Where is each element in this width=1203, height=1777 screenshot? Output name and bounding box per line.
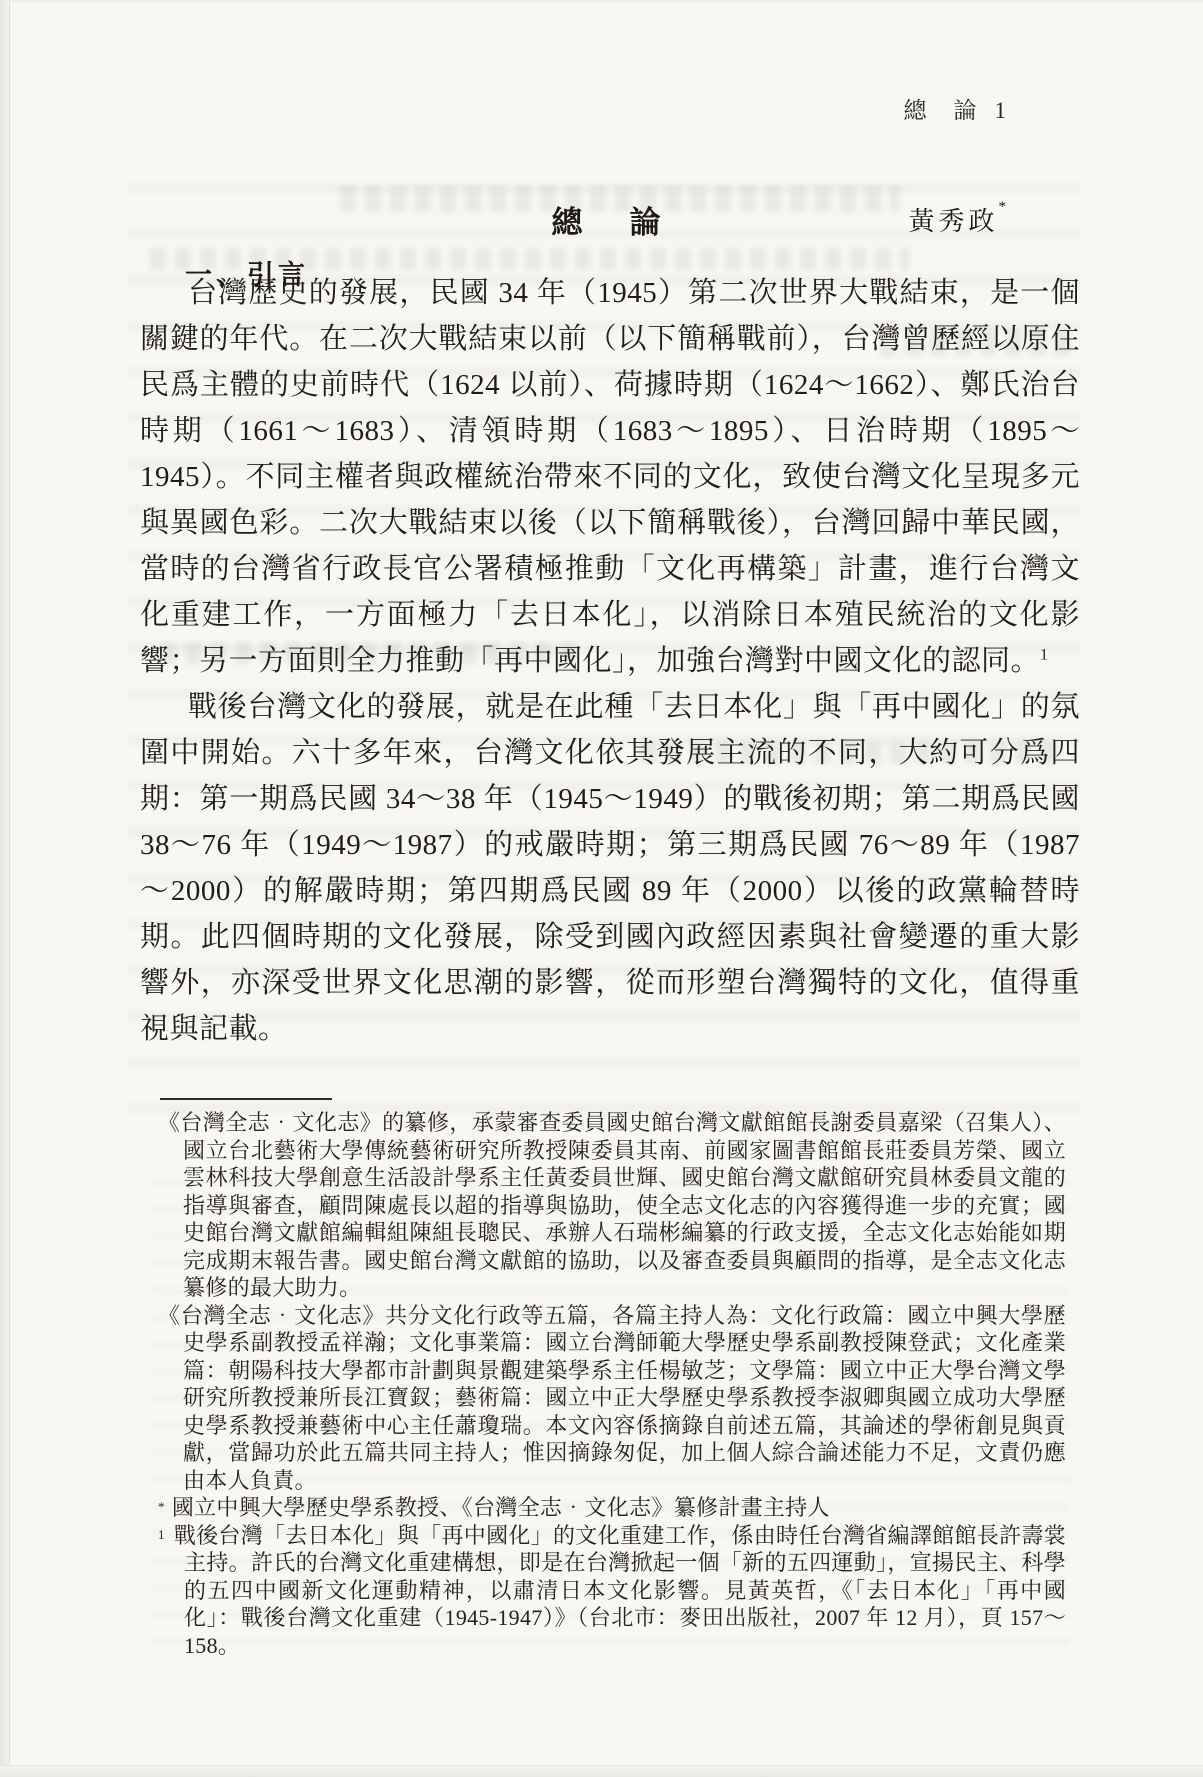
footnote-acknowledgment: 《台灣全志‧文化志》的纂修，承蒙審查委員國史館台灣文獻館館長謝委員嘉梁（召集人）… — [158, 1109, 1066, 1302]
author-note-marker: * — [999, 199, 1007, 215]
body-text: 台灣歷史的發展，民國 34 年（1945）第二次世界大戰結束，是一個關鍵的年代。… — [140, 270, 1080, 1052]
footnote-1: 1戰後台灣「去日本化」與「再中國化」的文化重建工作，係由時任台灣省編譯館館長許壽… — [158, 1522, 1066, 1660]
scan-edge-bottom — [0, 1765, 1203, 1777]
footnote-reference-1: 1 — [1040, 646, 1049, 663]
scanned-page: 總 論1 總 論 黃秀政* 一、引言 台灣歷史的發展，民國 34 年（1945）… — [0, 0, 1203, 1777]
running-head: 總 論1 — [140, 92, 1006, 125]
footnote-1-marker: 1 — [158, 1527, 165, 1542]
running-head-title: 總 論 — [904, 98, 979, 123]
affiliation-marker: * — [158, 1499, 165, 1514]
page-number: 1 — [995, 98, 1007, 123]
footnote-separator-rule — [160, 1098, 332, 1100]
footnote-1-text: 戰後台灣「去日本化」與「再中國化」的文化重建工作，係由時任台灣省編譯館館長許壽裳… — [174, 1523, 1066, 1658]
footnote-author-affiliation: *國立中興大學歷史學系教授、《台灣全志‧文化志》纂修計畫主持人 — [158, 1494, 1066, 1522]
scan-edge-top — [0, 0, 1203, 4]
paragraph-1-text: 台灣歷史的發展，民國 34 年（1945）第二次世界大戰結束，是一個關鍵的年代。… — [140, 277, 1080, 677]
author-name: 黃秀政 — [908, 207, 998, 236]
paragraph-2-text: 戰後台灣文化的發展，就是在此種「去日本化」與「再中國化」的氛圍中開始。六十多年來… — [140, 691, 1080, 1045]
footnotes-section: 《台灣全志‧文化志》的纂修，承蒙審查委員國史館台灣文獻館館長謝委員嘉梁（召集人）… — [158, 1098, 1066, 1659]
paragraph-2: 戰後台灣文化的發展，就是在此種「去日本化」與「再中國化」的氛圍中開始。六十多年來… — [140, 684, 1080, 1052]
scan-edge-left — [0, 0, 10, 1777]
paragraph-1: 台灣歷史的發展，民國 34 年（1945）第二次世界大戰結束，是一個關鍵的年代。… — [140, 270, 1080, 684]
affiliation-text: 國立中興大學歷史學系教授、《台灣全志‧文化志》纂修計畫主持人 — [172, 1495, 830, 1520]
author-byline: 黃秀政* — [140, 201, 1006, 238]
footnote-volume-chapters: 《台灣全志‧文化志》共分文化行政等五篇，各篇主持人為：文化行政篇：國立中興大學歷… — [158, 1302, 1066, 1495]
